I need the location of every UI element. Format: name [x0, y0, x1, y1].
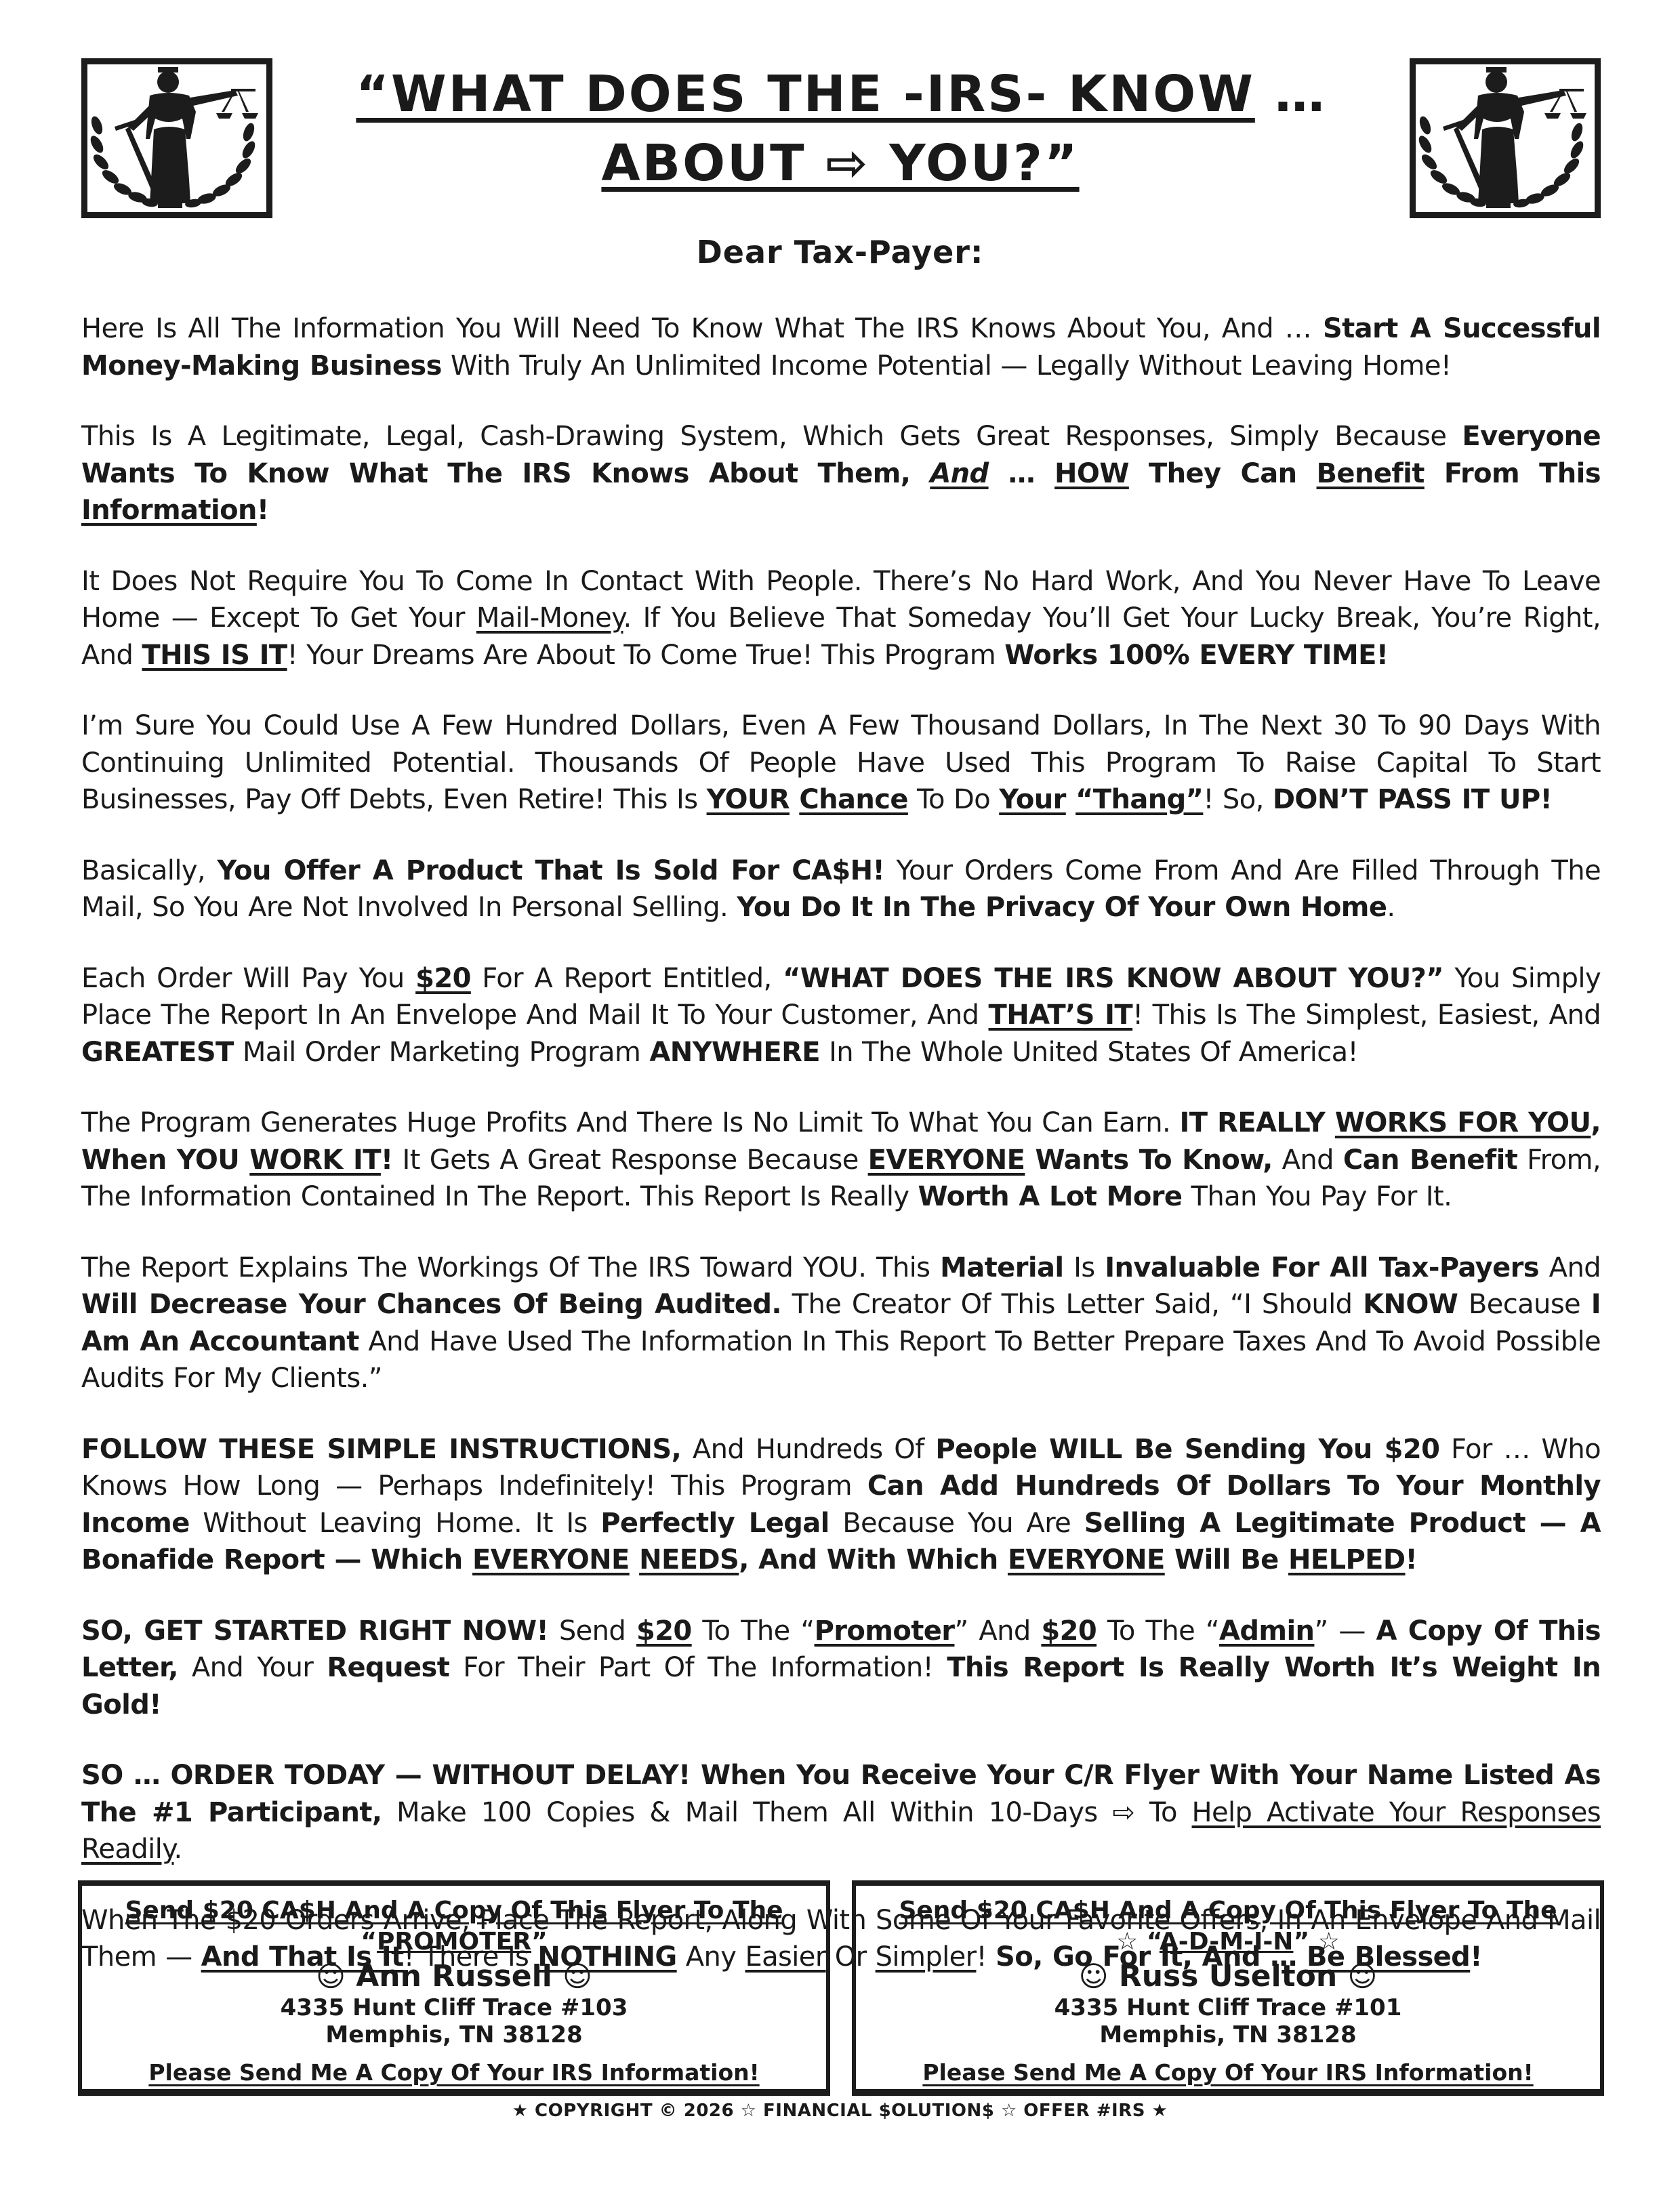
- admin-name: ☺ Russ Uselton ☺: [856, 1959, 1600, 1994]
- paragraph-10: SO, GET STARTED RIGHT NOW! Send $20 To T…: [81, 1613, 1601, 1724]
- admin-box: Send $20 CA$H And A Copy Of This Flyer T…: [852, 1880, 1604, 2096]
- lady-justice-logo-left: [81, 58, 272, 218]
- paragraph-7: The Program Generates Huge Profits And T…: [81, 1105, 1601, 1216]
- letter-body: Here Is All The Information You Will Nee…: [81, 310, 1601, 2010]
- address-boxes: Send $20 CA$H And A Copy Of This Flyer T…: [78, 1880, 1604, 2096]
- paragraph-8: The Report Explains The Workings Of The …: [81, 1250, 1601, 1397]
- smiley-icon: ☺: [316, 1960, 346, 1993]
- admin-address-line-1: 4335 Hunt Cliff Trace #101: [856, 1994, 1600, 2021]
- paragraph-2: This Is A Legitimate, Legal, Cash-Drawin…: [81, 418, 1601, 529]
- title-line-2: ABOUT ⇨ YOU?”: [285, 129, 1396, 198]
- paragraph-11: SO … ORDER TODAY — WITHOUT DELAY! When Y…: [81, 1757, 1601, 1868]
- lady-justice-logo-right: [1410, 58, 1601, 218]
- copyright-notice: ★ COPYRIGHT © 2026 ☆ FINANCIAL $OLUTION$…: [0, 2101, 1680, 2121]
- promoter-box-header: Send $20 CA$H And A Copy Of This Flyer T…: [82, 1895, 826, 1926]
- promoter-box: Send $20 CA$H And A Copy Of This Flyer T…: [78, 1880, 830, 2096]
- promoter-address-line-2: Memphis, TN 38128: [82, 2021, 826, 2048]
- promoter-address-line-1: 4335 Hunt Cliff Trace #103: [82, 1994, 826, 2021]
- promoter-name: ☺ Ann Russell ☺: [82, 1959, 826, 1994]
- smiley-icon: ☺: [1079, 1960, 1109, 1993]
- paragraph-4: I’m Sure You Could Use A Few Hundred Dol…: [81, 707, 1601, 819]
- admin-box-header: Send $20 CA$H And A Copy Of This Flyer T…: [856, 1895, 1600, 1926]
- lady-justice-icon: [87, 64, 266, 212]
- greeting: Dear Tax-Payer:: [0, 234, 1680, 270]
- paragraph-9: FOLLOW THESE SIMPLE INSTRUCTIONS, And Hu…: [81, 1431, 1601, 1579]
- lady-justice-icon: [1416, 64, 1595, 212]
- admin-box-footer: Please Send Me A Copy Of Your IRS Inform…: [856, 2059, 1600, 2086]
- smiley-icon: ☺: [562, 1960, 592, 1993]
- admin-role: ☆ “A-D-M-I-N” ☆: [856, 1926, 1600, 1958]
- promoter-role: “PROMOTER”: [82, 1926, 826, 1958]
- admin-address-line-2: Memphis, TN 38128: [856, 2021, 1600, 2048]
- paragraph-1: Here Is All The Information You Will Nee…: [81, 310, 1601, 384]
- promoter-box-footer: Please Send Me A Copy Of Your IRS Inform…: [82, 2059, 826, 2086]
- paragraph-5: Basically, You Offer A Product That Is S…: [81, 852, 1601, 926]
- page-title: “WHAT DOES THE -IRS- KNOW … ABOUT ⇨ YOU?…: [285, 60, 1396, 198]
- smiley-icon: ☺: [1348, 1960, 1378, 1993]
- paragraph-3: It Does Not Require You To Come In Conta…: [81, 563, 1601, 674]
- title-line-1: “WHAT DOES THE -IRS- KNOW …: [285, 60, 1396, 129]
- paragraph-6: Each Order Will Pay You $20 For A Report…: [81, 960, 1601, 1071]
